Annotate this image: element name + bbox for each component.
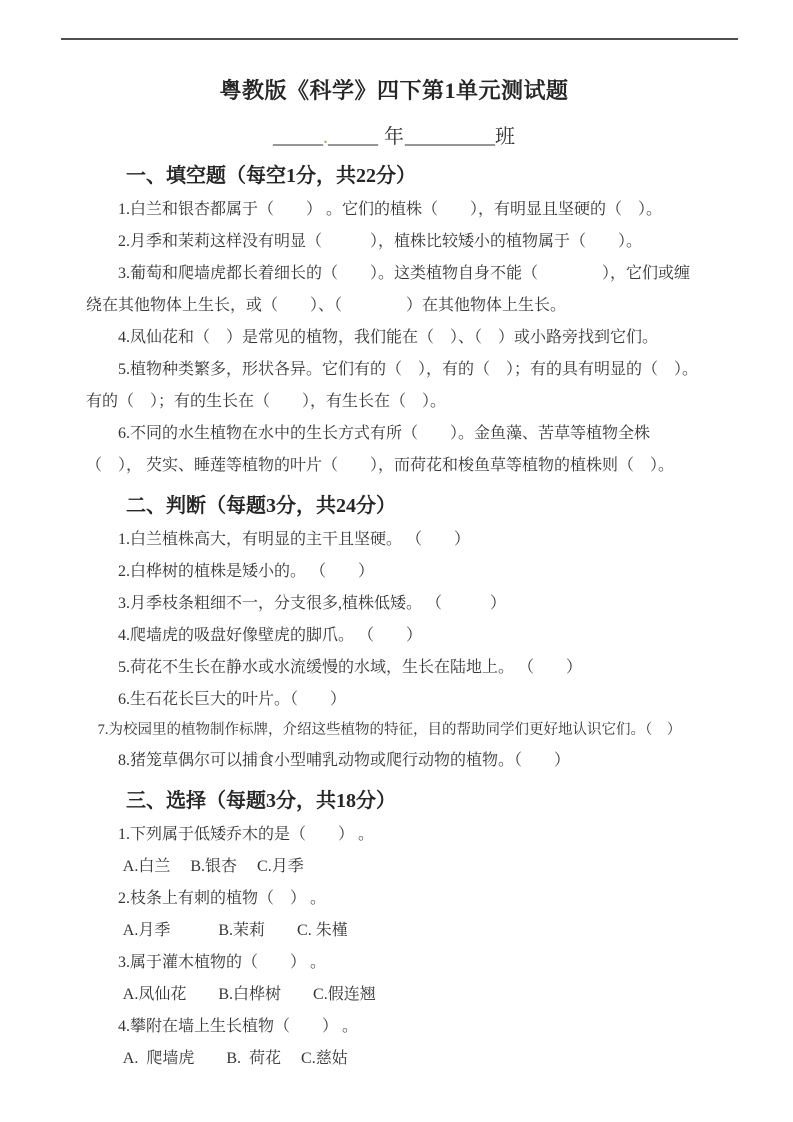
judge-item: 4.爬墙虎的吸盘好像壁虎的脚爪。 （ ） <box>86 620 702 652</box>
section-heading-multiple-choice: 三、选择（每题3分，共18分） <box>86 785 702 817</box>
judge-item: 5.荷花不生长在静水或水流缓慢的水域，生长在陆地上。 （ ） <box>86 652 702 684</box>
name-class-line: _____._____年_________班 <box>86 122 702 152</box>
choice-options: A. 爬墙虎 B. 荷花 C.慈姑 <box>86 1043 702 1075</box>
fill-in-question: 6.不同的水生植物在水中的生长方式有所（ ）。金鱼藻、苦草等植物全株（ ）， 芡… <box>86 418 702 482</box>
choice-stem: 3.属于灌木植物的（ ） 。 <box>86 947 702 979</box>
choice-stem: 2.枝条上有刺的植物（ ） 。 <box>86 883 702 915</box>
judge-item: 1.白兰植株高大，有明显的主干且坚硬。 （ ） <box>86 524 702 556</box>
judge-item: 6.生石花长巨大的叶片。（ ） <box>86 684 702 716</box>
judge-item: 7.为校园里的植物制作标牌，介绍这些植物的特征，目的帮助同学们更好地认识它们。（… <box>86 716 702 745</box>
choice-options: A.月季 B.茉莉 C. 朱槿 <box>86 915 702 947</box>
page-header-rule <box>61 38 738 40</box>
paper-content: 粤教版《科学》四下第1单元测试题 _____._____年_________班 … <box>86 76 702 1075</box>
class-label: 班 <box>495 126 515 148</box>
choice-options: A.白兰 B.银杏 C.月季 <box>86 851 702 883</box>
fill-in-question: 5.植物种类繁多，形状各异。它们有的（ ），有的（ ）；有的具有明显的（ ）。有… <box>86 354 702 418</box>
year-label: 年 <box>384 126 404 148</box>
section-heading-fill-in: 一、填空题（每空1分，共22分） <box>86 160 702 192</box>
test-paper-page: 粤教版《科学》四下第1单元测试题 _____._____年_________班 … <box>0 0 793 1122</box>
judge-item: 8.猪笼草偶尔可以捕食小型哺乳动物或爬行动物的植物。（ ） <box>86 745 702 777</box>
choice-options: A.凤仙花 B.白桦树 C.假连翘 <box>86 979 702 1011</box>
section-heading-true-false: 二、判断（每题3分，共24分） <box>86 490 702 522</box>
choice-stem: 1.下列属于低矮乔木的是（ ） 。 <box>86 819 702 851</box>
class-blank: _________ <box>405 126 495 148</box>
choice-stem: 4.攀附在墙上生长植物（ ） 。 <box>86 1011 702 1043</box>
name-blank-left: _____ <box>273 126 323 148</box>
fill-in-question: 1.白兰和银杏都属于（ ） 。它们的植株（ ），有明显且坚硬的（ ）。 <box>86 194 702 226</box>
judge-item: 2.白桦树的植株是矮小的。 （ ） <box>86 556 702 588</box>
page-title: 粤教版《科学》四下第1单元测试题 <box>86 76 702 106</box>
fill-in-question: 2.月季和茉莉这样没有明显（ ），植株比较矮小的植物属于（ ）。 <box>86 226 702 258</box>
judge-item: 3.月季枝条粗细不一，分支很多,植株低矮。 （ ） <box>86 588 702 620</box>
name-blank-right: _____ <box>328 126 378 148</box>
fill-in-question: 3.葡萄和爬墙虎都长着细长的（ ）。这类植物自身不能（ ），它们或缠绕在其他物体… <box>86 258 702 322</box>
fill-in-question: 4.凤仙花和（ ）是常见的植物，我们能在（ ）、（ ）或小路旁找到它们。 <box>86 322 702 354</box>
